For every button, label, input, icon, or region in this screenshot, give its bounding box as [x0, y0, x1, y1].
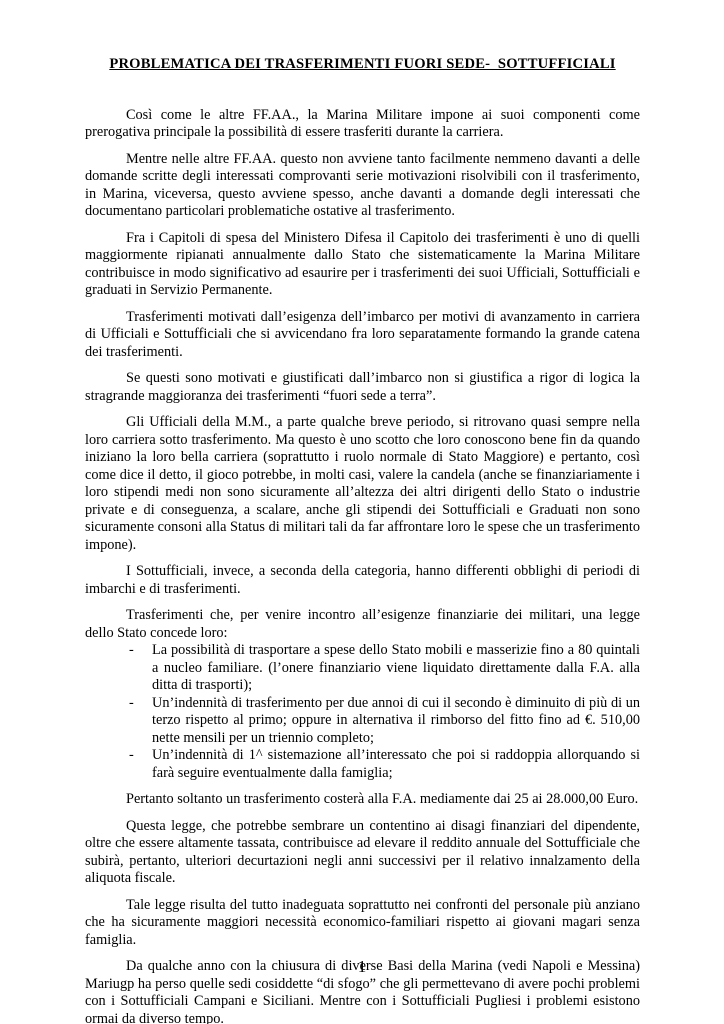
list-item-settlement: Un’indennità di 1^ sistemazione all’inte…: [85, 747, 640, 782]
list-item-transport: La possibilità di trasportare a spese de…: [85, 642, 640, 695]
paragraph-officers-career: Gli Ufficiali della M.M., a parte qualch…: [85, 414, 640, 554]
paragraph-intro: Così come le altre FF.AA., la Marina Mil…: [85, 107, 640, 142]
paragraph-budget-chapters: Fra i Capitoli di spesa del Ministero Di…: [85, 230, 640, 300]
paragraph-other-forces: Mentre nelle altre FF.AA. questo non avv…: [85, 151, 640, 221]
paragraph-tax-impact: Questa legge, che potrebbe sembrare un c…: [85, 818, 640, 888]
paragraph-cost: Pertanto soltanto un trasferimento coste…: [85, 791, 640, 809]
paragraph-sottufficiali-obligations: I Sottufficiali, invece, a seconda della…: [85, 563, 640, 598]
paragraph-embark-motivation: Trasferimenti motivati dall’esigenza del…: [85, 309, 640, 362]
paragraph-inadequate-law: Tale legge risulta del tutto inadeguata …: [85, 897, 640, 950]
benefits-list: La possibilità di trasportare a spese de…: [85, 642, 640, 782]
list-item-indemnity: Un’indennità di trasferimento per due an…: [85, 695, 640, 748]
paragraph-law-intro: Trasferimenti che, per venire incontro a…: [85, 607, 640, 642]
paragraph-fuori-sede: Se questi sono motivati e giustificati d…: [85, 370, 640, 405]
document-title: PROBLEMATICA DEI TRASFERIMENTI FUORI SED…: [85, 56, 640, 74]
document-page: PROBLEMATICA DEI TRASFERIMENTI FUORI SED…: [0, 0, 724, 1024]
document-content: PROBLEMATICA DEI TRASFERIMENTI FUORI SED…: [0, 0, 724, 1024]
page-number: 1: [0, 957, 724, 977]
